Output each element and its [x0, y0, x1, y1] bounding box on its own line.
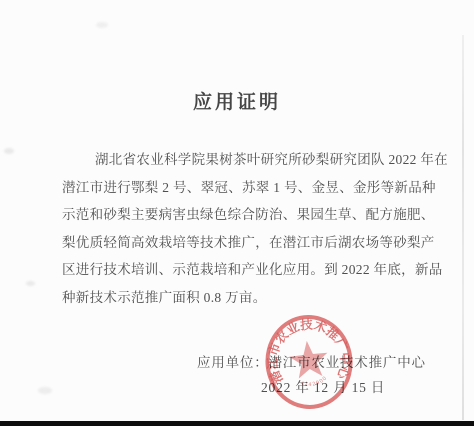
body-line: 示范和砂梨主要病害虫绿色综合防治、果园生草、配方施肥、 [62, 201, 422, 229]
certificate-title: 应用证明 [0, 87, 474, 114]
stamp-star-icon [289, 340, 329, 378]
scanned-certificate-page: 应用证明 湖北省农业科学院果树茶叶研究所砂梨研究团队 2022 年在 潜江市进行… [0, 0, 474, 430]
body-line: 梨优质轻简高效栽培等技术推广，在潜江市后湖农场等砂梨产 [62, 229, 422, 257]
below-bar-whitespace [0, 426, 474, 430]
page-edge-shadow [462, 35, 464, 420]
scan-speck [96, 22, 108, 28]
body-line: 区进行技术培训、示范栽培和产业化应用。到 2022 年底，新品 [62, 256, 422, 284]
scan-speck [4, 148, 14, 154]
body-line: 潜江市进行鄂梨 2 号、翠冠、苏翠 1 号、金昱、金彤等新品种 [62, 174, 422, 202]
body-line: 种新技术示范推广面积 0.8 万亩。 [62, 284, 422, 312]
scan-speck [26, 281, 35, 286]
certificate-body: 湖北省农业科学院果树茶叶研究所砂梨研究团队 2022 年在 潜江市进行鄂梨 2 … [62, 146, 422, 311]
scan-speck [38, 387, 52, 394]
body-line: 湖北省农业科学院果树茶叶研究所砂梨研究团队 2022 年在 [62, 146, 422, 174]
official-stamp: 潜江市农业技术推广中心 4242900349 [258, 308, 360, 415]
